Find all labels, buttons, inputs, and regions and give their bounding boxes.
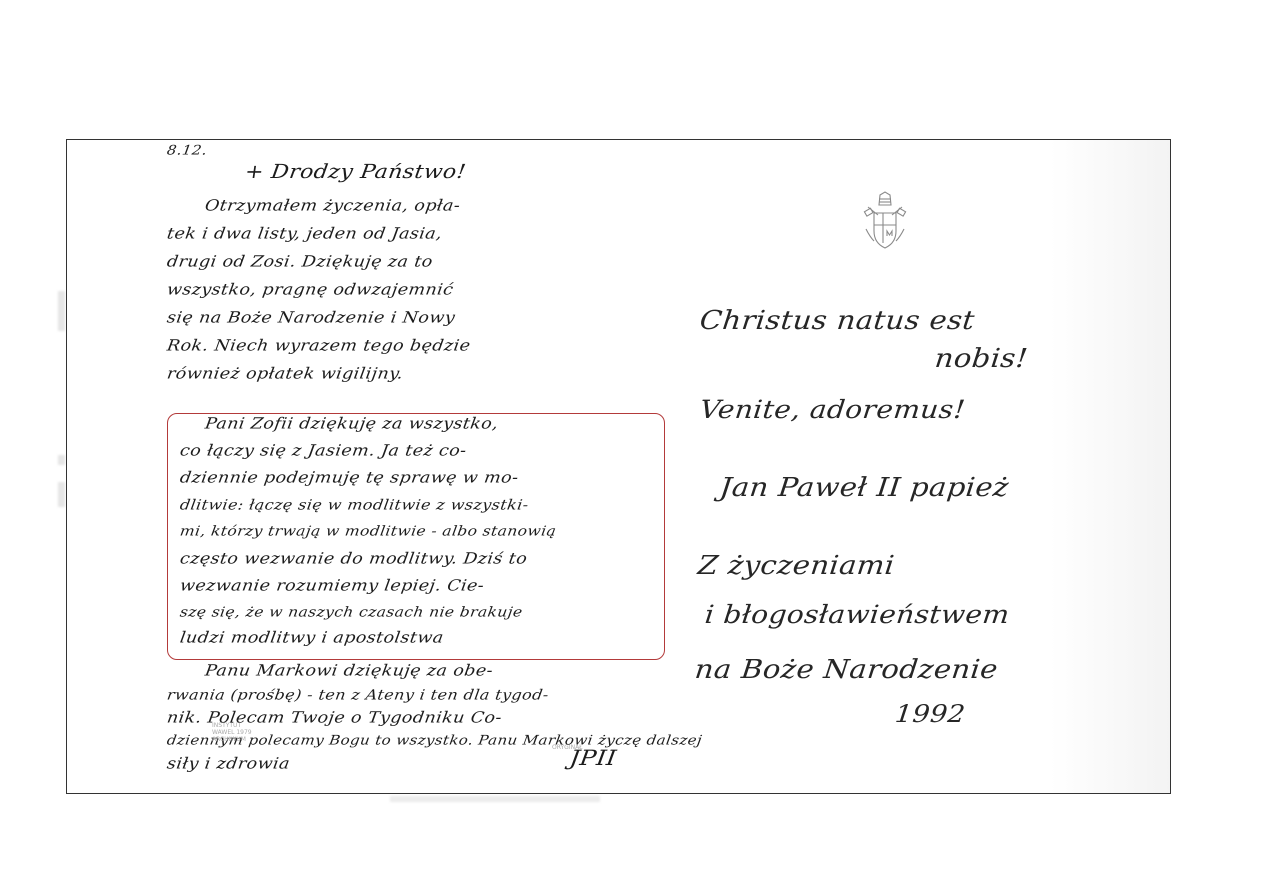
letter-line: rwania (prośbę) - ten z Ateny i ten dla … [166,686,550,703]
stamp-line: ARCHIWUM [212,736,252,743]
greeting-line: Jan Paweł II papież [718,472,1010,503]
letter-line: często wezwanie do modlitwy. Dziś to [179,550,529,568]
letter-line: Otrzymałem życzenia, opła- [204,197,462,215]
greeting-line: Venite, adoremus! [698,395,966,425]
letter-line: Rok. Niech wyrazem tego będzie [166,337,472,355]
letter-line: również opłatek wigilijny. [166,365,405,383]
letter-line: co łączy się z Jasiem. Ja też co- [179,442,468,460]
scan-artifact [390,796,600,802]
greeting-line: Christus natus est [698,305,976,336]
letter-line: mi, którzy trwają w modlitwie - albo sta… [179,523,557,539]
stamp-line: WAWEL 1979 [212,729,252,736]
letter-line: drugi od Zosi. Dziękuję za to [166,253,434,271]
letter-line: dziennie podejmuję tę sprawę w mo- [179,469,520,487]
letter-line: wszystko, pragnę odwzajemnić [166,281,455,299]
greeting-line: Z życzeniami [696,550,896,581]
greeting-line: na Boże Narodzenie [693,654,999,685]
letter-line: Panu Markowi dziękuję za obe- [204,662,494,680]
letter-line: się na Boże Narodzenie i Nowy [166,309,456,327]
archive-stamp: ORYGINAŁ [552,744,583,751]
letter-line: Pani Zofii dziękuję za wszystko, [204,415,500,433]
papal-coat-of-arms-icon [858,191,912,251]
scan-artifact [58,482,65,507]
letter-line: szę się, że w naszych czasach nie brakuj… [179,604,524,620]
letter-line: siły i zdrowia [166,755,291,773]
letter-date: 8.12. [166,142,208,158]
letter-line: ludzi modlitwy i apostolstwa [179,629,445,647]
scan-shading [1050,140,1170,793]
archive-stamp: INSTYTUT WAWEL 1979 ARCHIWUM [212,722,252,743]
letter-line: tek i dwa listy, jeden od Jasia, [166,225,444,243]
greeting-year: 1992 [894,701,967,729]
scan-artifact [58,291,65,331]
letter-salutation: + Drodzy Państwo! [243,162,467,184]
letter-line: wezwanie rozumiemy lepiej. Cie- [179,577,486,595]
letter-line: dlitwie: łączę się w modlitwie z wszystk… [179,496,530,513]
greeting-line: i błogosławieństwem [703,600,1011,630]
stamp-line: INSTYTUT [212,722,252,729]
scan-artifact [58,455,65,465]
greeting-line: nobis! [933,343,1029,374]
